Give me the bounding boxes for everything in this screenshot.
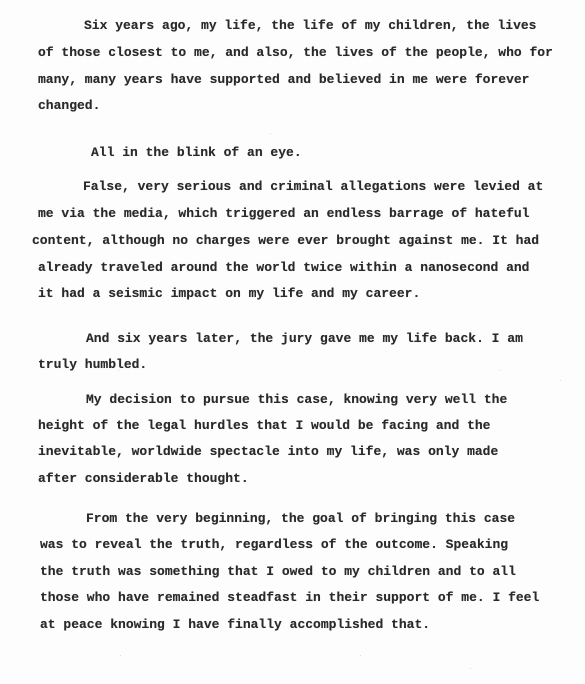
- scan-speck: [118, 370, 119, 371]
- paragraph-3-line-3: content, although no charges were ever b…: [32, 233, 539, 249]
- paragraph-4-line-1: And six years later, the jury gave me my…: [86, 331, 523, 347]
- paragraph-1-line-2: of those closest to me, and also, the li…: [38, 45, 553, 61]
- scan-speck: [470, 668, 471, 669]
- paragraph-5-line-4: after considerable thought.: [38, 471, 249, 487]
- paragraph-1-line-1: Six years ago, my life, the life of my c…: [84, 18, 536, 34]
- paragraph-2-line-1: All in the blink of an eye.: [91, 145, 302, 161]
- paragraph-6-line-2: was to reveal the truth, regardless of t…: [40, 537, 508, 553]
- paragraph-6-line-3: the truth was something that I owed to m…: [40, 564, 516, 580]
- paragraph-1-line-4: changed.: [38, 98, 100, 114]
- paragraph-3-line-1: False, very serious and criminal allegat…: [83, 179, 543, 195]
- scan-speck: [360, 655, 361, 656]
- paragraph-6-line-1: From the very beginning, the goal of bri…: [86, 511, 515, 527]
- paragraph-6-line-4: those who have remained steadfast in the…: [40, 590, 539, 606]
- paragraph-5-line-2: height of the legal hurdles that I would…: [38, 418, 490, 434]
- paragraph-3-line-2: me via the media, which triggered an end…: [38, 206, 529, 222]
- scan-speck: [500, 370, 501, 371]
- scan-speck: [560, 380, 561, 381]
- scan-speck: [120, 655, 121, 656]
- typewritten-statement-page: Six years ago, my life, the life of my c…: [0, 0, 585, 684]
- paragraph-3-line-5: it had a seismic impact on my life and m…: [38, 286, 420, 302]
- paragraph-6-line-5: at peace knowing I have finally accompli…: [40, 617, 430, 633]
- scan-speck: [270, 133, 271, 134]
- paragraph-1-line-3: many, many years have supported and beli…: [38, 72, 529, 88]
- paragraph-5-line-1: My decision to pursue this case, knowing…: [86, 392, 507, 408]
- paragraph-5-line-3: inevitable, worldwide spectacle into my …: [38, 444, 498, 460]
- paragraph-4-line-2: truly humbled.: [38, 357, 147, 373]
- paragraph-3-line-4: already traveled around the world twice …: [38, 260, 529, 276]
